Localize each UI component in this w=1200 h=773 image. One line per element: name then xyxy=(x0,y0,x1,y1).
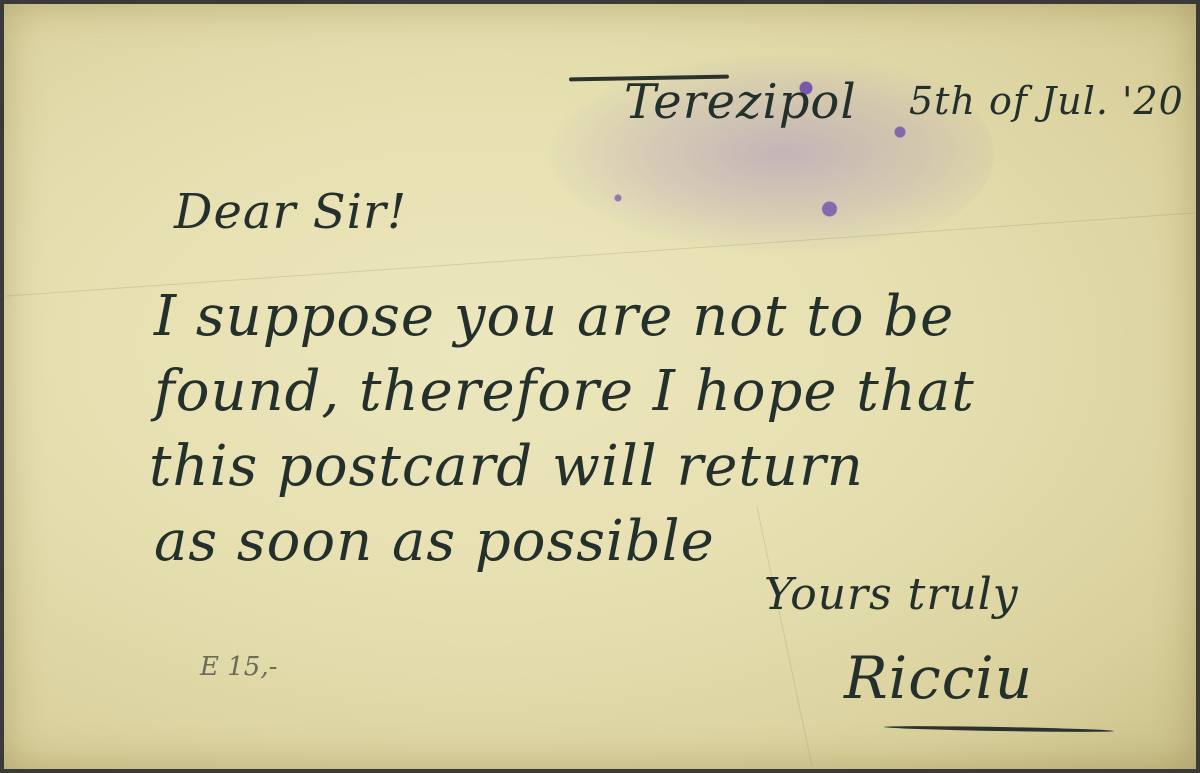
margin-pencil-note: E 15,- xyxy=(200,652,277,682)
body-line-2: found, therefore I hope that xyxy=(154,359,975,424)
header-date: 5th of Jul. '20 xyxy=(909,79,1184,123)
body-line-4: as soon as possible xyxy=(154,509,715,574)
postcard: Terezipol 5th of Jul. '20 Dear Sir! I su… xyxy=(4,4,1196,769)
body-line-3: this postcard will return xyxy=(149,434,864,499)
signature-underline xyxy=(884,725,1114,733)
signature: Ricciu xyxy=(844,644,1033,712)
closing: Yours truly xyxy=(764,569,1019,620)
header-place: Terezipol xyxy=(624,74,857,130)
body-line-1: I suppose you are not to be xyxy=(154,284,954,349)
paper-crease xyxy=(756,507,812,766)
salutation: Dear Sir! xyxy=(174,184,407,240)
